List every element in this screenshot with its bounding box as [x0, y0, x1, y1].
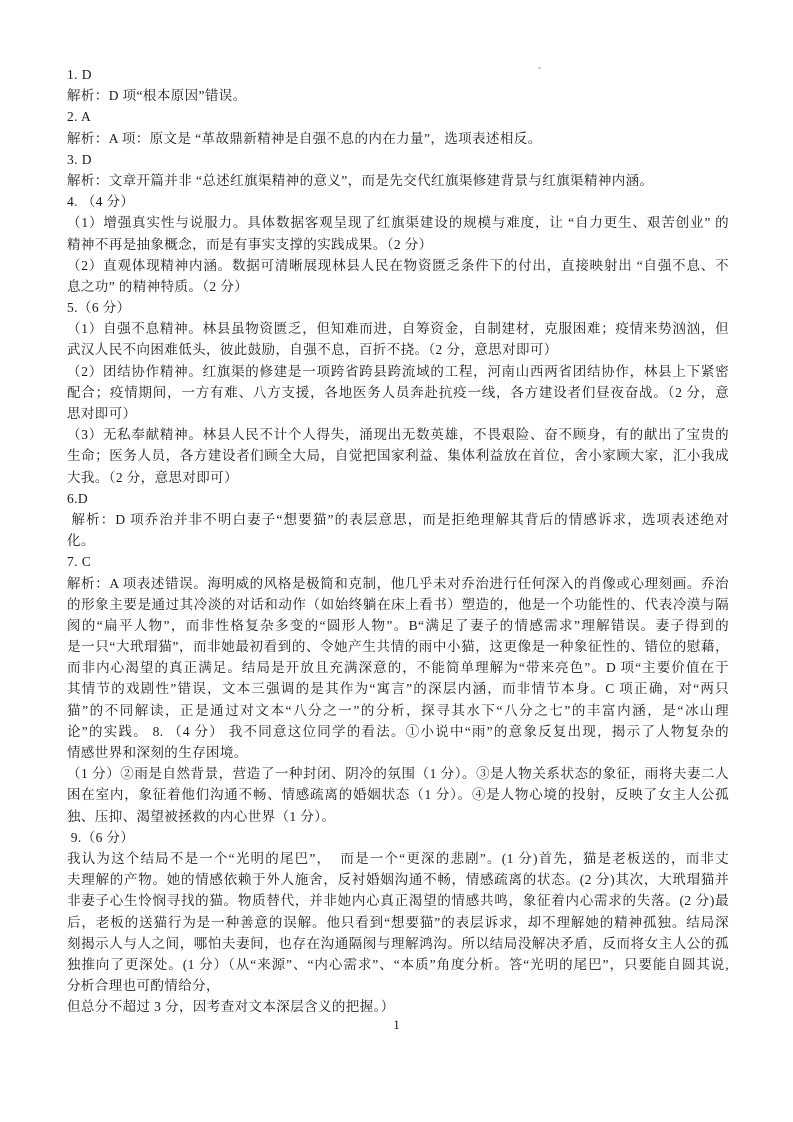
text-line: 独、压抑、渴望被拯救的内心世界（1 分）。 [67, 806, 729, 827]
text-line: （2）直观体现精神内涵。数据可清晰展现林县人民在物资匮乏条件下的付出，直接映射出… [67, 255, 729, 276]
text-line: 是一只“大玳瑁猫”，而非她最初看到的、令她产生共情的雨中小猫，这更像是一种象征性… [67, 636, 729, 657]
answer-5-label: 5.（6 分） [67, 297, 729, 318]
text-line: 后，老板的送猫行为是一种善意的误解。他只看到“想要猫”的表层诉求，却不理解她的精… [67, 912, 729, 933]
page-number: 1 [0, 1014, 793, 1035]
text-line: （1）自强不息精神。林县虽物资匮乏，但知难而进，自筹资金，自制建材，克服困难；疫… [67, 318, 729, 339]
answer-7-label: 7. C [67, 551, 729, 572]
text-line: 化。 [67, 530, 729, 551]
answer-6-analysis: 解析：D 项乔治并非不明白妻子“想要猫”的表层意思，而是拒绝理解其背后的情感诉求… [67, 509, 729, 530]
answer-3-label: 3. D [67, 149, 729, 170]
answer-2-analysis: 解析：A 项：原文是 “革故鼎新精神是自强不息的内在力量”，选项表述相反。 [67, 128, 729, 149]
text-line: 大我。（2 分，意思对即可） [67, 467, 729, 488]
answer-1-label: 1. D [67, 64, 729, 85]
text-line: 思对即可） [67, 403, 729, 424]
answer-3-analysis: 解析：文章开篇并非 “总述红旗渠精神的意义”，而是先交代红旗渠修建背景与红旗渠精… [67, 170, 729, 191]
answer-9-start: 我认为这个结局不是一个“光明的尾巴”， 而是一个“更深的悲剧”。(1 分)首先，… [67, 848, 729, 869]
text-line: 非妻子心生怜悯寻找的猫。物质替代，并非她内心真正渴望的情感共鸣，象征着内心需求的… [67, 890, 729, 911]
text-line: 刻揭示人与人之间，哪怕夫妻间，也存在沟通隔阂与理解鸿沟。所以结局没解决矛盾，反而… [67, 933, 729, 954]
text-line: 生命；医务人员，各方建设者们顾全大局，自觉把国家利益、集体利益放在首位，舍小家顾… [67, 445, 729, 466]
answer-9-label: 9.（6 分） [67, 827, 729, 848]
text-line: 精神不再是抽象概念，而是有事实支撑的实践成果。（2 分） [67, 234, 729, 255]
answer-7-analysis: 解析：A 项表述错误。海明威的风格是极简和克制，他几乎未对乔治进行任何深入的肖像… [67, 573, 729, 594]
text-line: 其情节的戏剧性”错误，文本三强调的是其作为“寓言”的深层内涵，而非情节本身。C … [67, 678, 729, 699]
text-line: 困在室内，象征着他们沟通不畅、情感疏离的婚姻状态（1 分）。④是人物心境的投射，… [67, 784, 729, 805]
text-line: 的形象主要是通过其冷淡的对话和动作（如始终躺在床上看书）塑造的，他是一个功能性的… [67, 594, 729, 615]
answer-4-label: 4. （4 分） [67, 191, 729, 212]
text-line: （1）增强真实性与说服力。具体数据客观呈现了红旗渠建设的规模与难度，让 “自力更… [67, 212, 729, 233]
text-line: 独推向了更深处。(1 分）（从“来源”、“内心需求”、“本质”角度分析。答“光明… [67, 954, 729, 975]
text-line: 情感世界和深刻的生存困境。 [67, 742, 729, 763]
text-line: （3）无私奉献精神。林县人民不计个人得失，涌现出无数英雄，不畏艰险、奋不顾身，有… [67, 424, 729, 445]
answer-2-label: 2. A [67, 106, 729, 127]
text-line: 夫理解的产物。她的情感依赖于外人施舍，反衬婚姻沟通不畅，情感疏离的状态。(2 分… [67, 869, 729, 890]
text-line: 猫”的不同解读，正是通过对文本“八分之一”的分析，探寻其水下“八分之七”的丰富内… [67, 700, 729, 721]
answer-8-start: 论”的实践。 8. （4 分） 我不同意这位同学的看法。①小说中“雨”的意象反复… [67, 721, 729, 742]
answer-6-label: 6.D [67, 488, 729, 509]
text-line: （2）团结协作精神。红旗渠的修建是一项跨省跨县跨流域的工程，河南山西两省团结协作… [67, 361, 729, 382]
text-line: 而非内心渴望的真正满足。结局是开放且充满深意的，不能简单理解为“带来亮色”。D … [67, 657, 729, 678]
text-line: 阂的“扁平人物”，而非性格复杂多变的“圆形人物”。B“满足了妻子的情感需求”理解… [67, 615, 729, 636]
text-line: 分析合理也可酌情给分， [67, 975, 729, 996]
text-line: 武汉人民不向困难低头，彼此鼓励，自强不息，百折不挠。（2 分，意思对即可） [67, 339, 729, 360]
text-line: 配合；疫情期间，一方有难、八方支援，各地医务人员奔赴抗疫一线，各方建设者们昼夜奋… [67, 382, 729, 403]
answer-1-analysis: 解析：D 项“根本原因”错误。 [67, 85, 729, 106]
text-line: （1 分）②雨是自然背景，营造了一种封闭、阴冷的氛围（1 分）。③是人物关系状态… [67, 763, 729, 784]
text-line: 息之功” 的精神特质。（2 分） [67, 276, 729, 297]
document-page: 1. D 解析：D 项“根本原因”错误。 2. A 解析：A 项：原文是 “革故… [67, 64, 729, 1017]
